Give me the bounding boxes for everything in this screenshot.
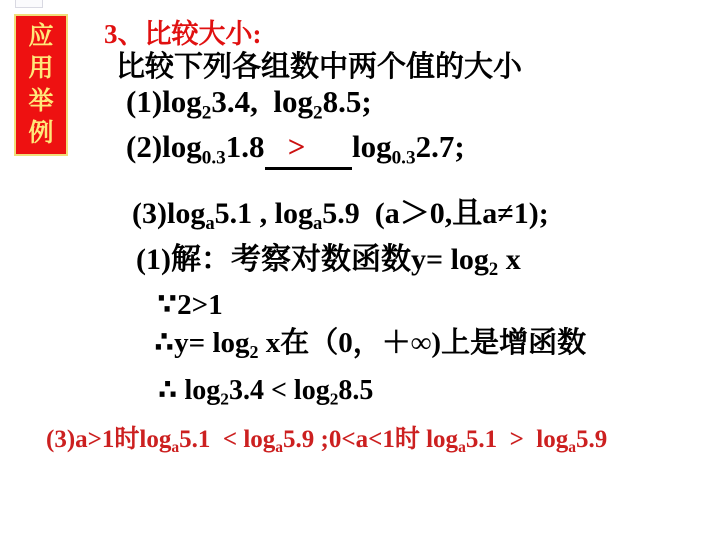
blank-underline-segment — [305, 131, 352, 170]
text-segment: ∴ log — [158, 375, 220, 406]
text-segment: 5.9 (a＞0,且a≠1); — [322, 197, 548, 230]
text-segment: 3.4 < log — [229, 375, 330, 406]
problem-1: (1)log23.4, log28.5; — [126, 83, 372, 124]
text-segment: x在（0，＋∞)上是增函数 — [259, 327, 587, 359]
badge-char: 举 — [28, 89, 53, 114]
subscript: a — [275, 439, 283, 456]
text-segment: (1)log — [126, 84, 202, 119]
text-segment: 5.9 ;0<a<1时 log — [283, 426, 458, 453]
subscript: a — [568, 439, 576, 456]
because-line: ∵2>1 — [157, 288, 223, 323]
text-segment: ∵2>1 — [157, 289, 223, 321]
subscript: 2 — [313, 102, 323, 123]
slide: 应用举例 3、比较大小: 比较下列各组数中两个值的大小 (1)log23.4, … — [0, 0, 720, 540]
text-segment: log — [352, 129, 392, 164]
text-segment: ∴y= log — [154, 327, 250, 359]
solution-intro: (1)解：考察对数函数y= log2 x — [136, 242, 521, 281]
badge-char: 应 — [28, 24, 53, 49]
badge-char: 例 — [28, 121, 53, 146]
subscript: a — [171, 439, 179, 456]
text-segment: 5.9 — [576, 426, 607, 453]
text-segment: 1.8 — [226, 129, 265, 164]
text-segment: 3.4, log — [211, 84, 313, 119]
leftover-box-fragment — [15, 0, 43, 8]
subscript: 2 — [489, 259, 498, 280]
answer-3: (3)a>1时loga5.1 < loga5.9 ;0<a<1时 loga5.1… — [46, 425, 607, 458]
subscript: 2 — [250, 342, 259, 362]
subscript: a — [205, 213, 214, 234]
subscript: 0.3 — [392, 147, 416, 168]
text-segment: x — [498, 243, 521, 276]
blank-underline-segment: > — [288, 131, 306, 170]
text-segment: (1)解：考察对数函数y= log — [136, 243, 489, 276]
text-segment: 8.5 — [338, 375, 373, 406]
problem-2: (2)log0.31.8 > log0.32.7; — [126, 128, 465, 170]
badge-char: 用 — [28, 56, 53, 81]
text-segment: 5.1 < log — [179, 426, 275, 453]
text-segment: 5.1 > log — [466, 426, 568, 453]
problem-3: (3)loga5.1 , loga5.9 (a＞0,且a≠1); — [132, 196, 549, 235]
subscript: a — [313, 213, 322, 234]
text-segment: (3)log — [132, 197, 205, 230]
subscript: 2 — [202, 102, 212, 123]
text-segment: 8.5; — [323, 84, 372, 119]
subscript: 0.3 — [202, 147, 226, 168]
therefore-conclusion: ∴ log23.4 < log28.5 — [158, 374, 373, 411]
subscript: a — [458, 439, 466, 456]
text-segment: 2.7; — [416, 129, 465, 164]
application-example-badge: 应用举例 — [14, 14, 68, 156]
blank-underline-segment — [265, 131, 288, 170]
text-segment: 5.1 , log — [215, 197, 313, 230]
text-segment: (2)log — [126, 129, 202, 164]
slide-subtitle: 比较下列各组数中两个值的大小 — [116, 44, 522, 85]
therefore-increasing: ∴y= log2 x在（0，＋∞)上是增函数 — [154, 326, 586, 364]
subscript: 2 — [220, 390, 229, 409]
text-segment: (3)a>1时log — [46, 426, 171, 453]
